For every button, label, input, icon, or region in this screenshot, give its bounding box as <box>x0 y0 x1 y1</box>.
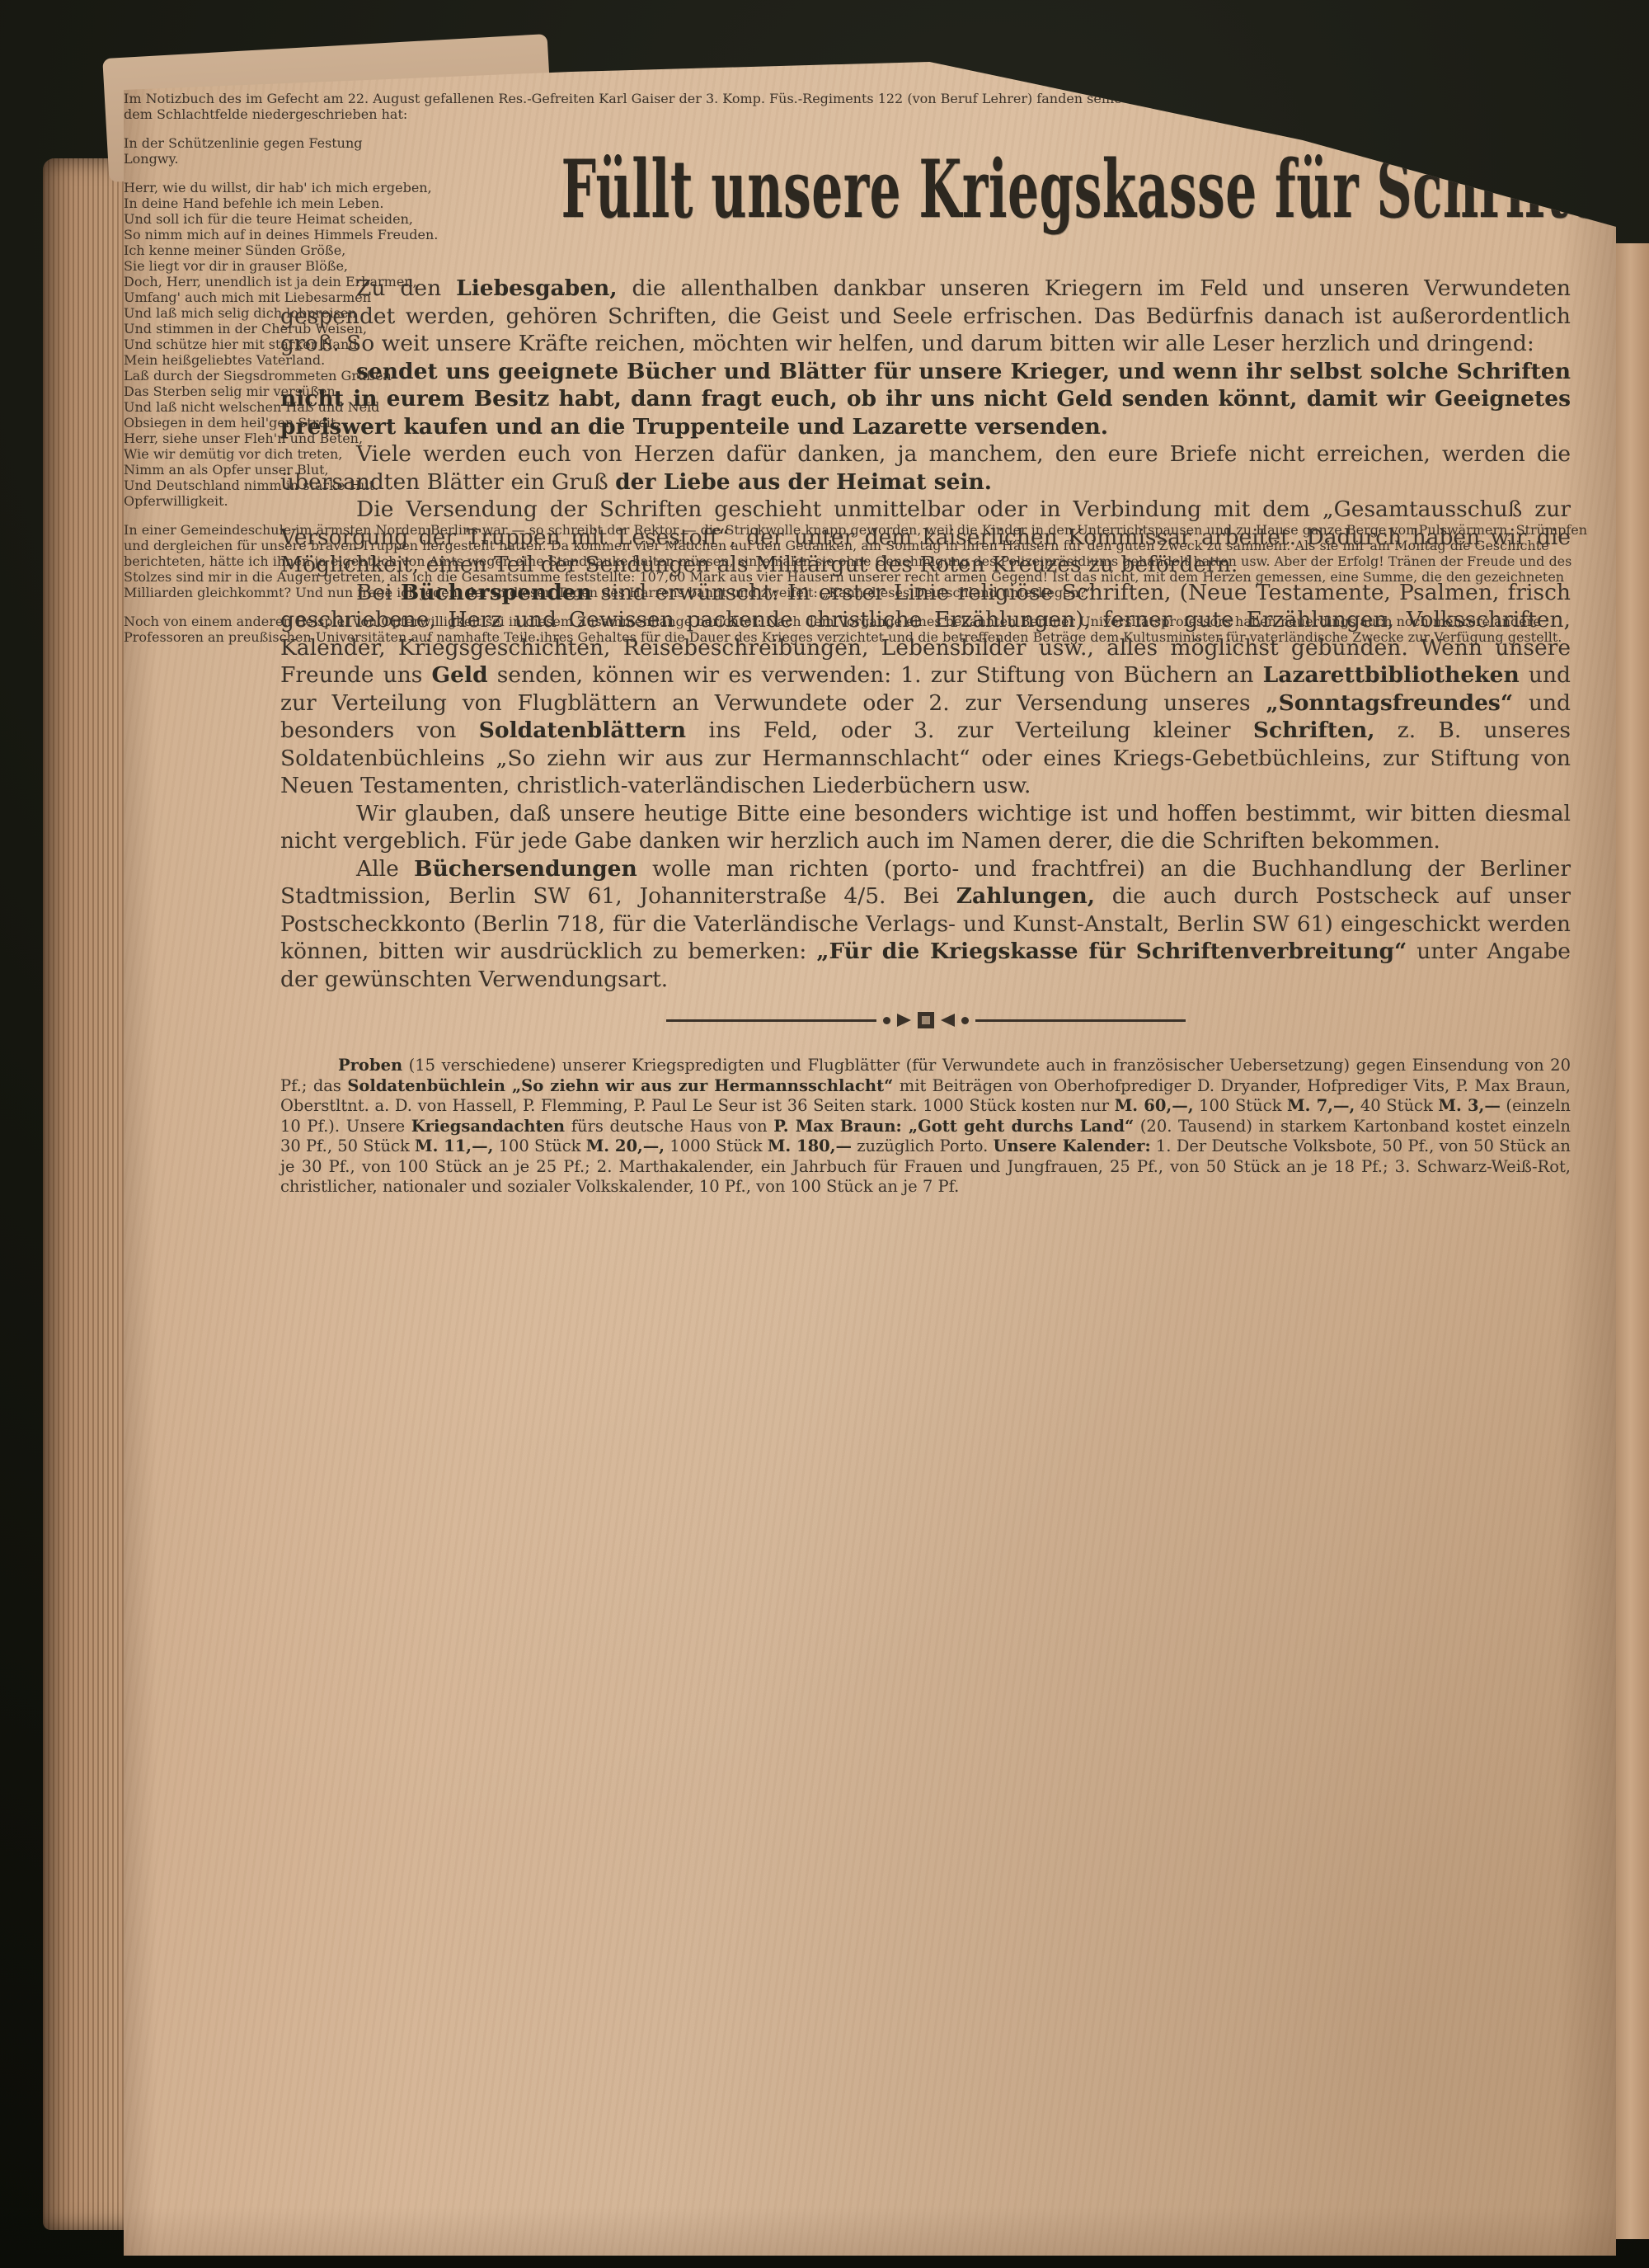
page-title-text: Füllt unsere Kriegskasse für Schriftenve… <box>561 143 1649 236</box>
paragraph: Viele werden euch von Herzen dafür danke… <box>280 440 1571 496</box>
paragraph: Zu den Liebesgaben, die allenthalben dan… <box>280 275 1571 358</box>
paragraph: Wir glauben, daß unsere heutige Bitte ei… <box>280 800 1571 855</box>
divider-dot-icon <box>961 1017 969 1024</box>
article-title: Opferwilligkeit. <box>124 493 228 509</box>
divider-square-icon <box>918 1012 934 1028</box>
scanned-book-page: { "colors": { "paper": "#d5b595", "ink":… <box>0 0 1649 2268</box>
newspaper-page: Füllt unsere Kriegskasse für Schriftenve… <box>124 62 1616 2256</box>
paragraph: Die Versendung der Schriften geschieht u… <box>280 496 1571 579</box>
divider-arrow-right-icon <box>897 1014 911 1027</box>
paragraph: Bei Bücherspenden sind erwünscht: In ers… <box>280 579 1571 800</box>
divider-arrow-left-icon <box>941 1014 955 1027</box>
poem-line: Ich kenne meiner Sünden Größe, <box>124 242 1616 258</box>
paragraph: Proben (15 verschiedene) unserer Kriegsp… <box>280 1056 1571 1198</box>
paragraph: sendet uns geeignete Bücher und Blätter … <box>280 358 1571 441</box>
divider-line-icon <box>666 1019 876 1022</box>
price-list-notice: Proben (15 verschiedene) unserer Kriegsp… <box>280 1056 1571 1198</box>
lead-article: Zu den Liebesgaben, die allenthalben dan… <box>280 275 1571 993</box>
paragraph: Alle Büchersendungen wolle man richten (… <box>280 855 1571 994</box>
paragraph: Im Notizbuch des im Gefecht am 22. Augus… <box>124 91 1616 122</box>
poem-line: Sie liegt vor dir in grauser Blöße, <box>124 258 1616 274</box>
section-rule <box>270 1240 1580 1247</box>
page-title: Füllt unsere Kriegskasse für Schriftenve… <box>124 143 1616 236</box>
divider-line-icon <box>975 1019 1186 1022</box>
ornament-divider <box>280 1012 1571 1028</box>
divider-dot-icon <box>883 1017 890 1024</box>
